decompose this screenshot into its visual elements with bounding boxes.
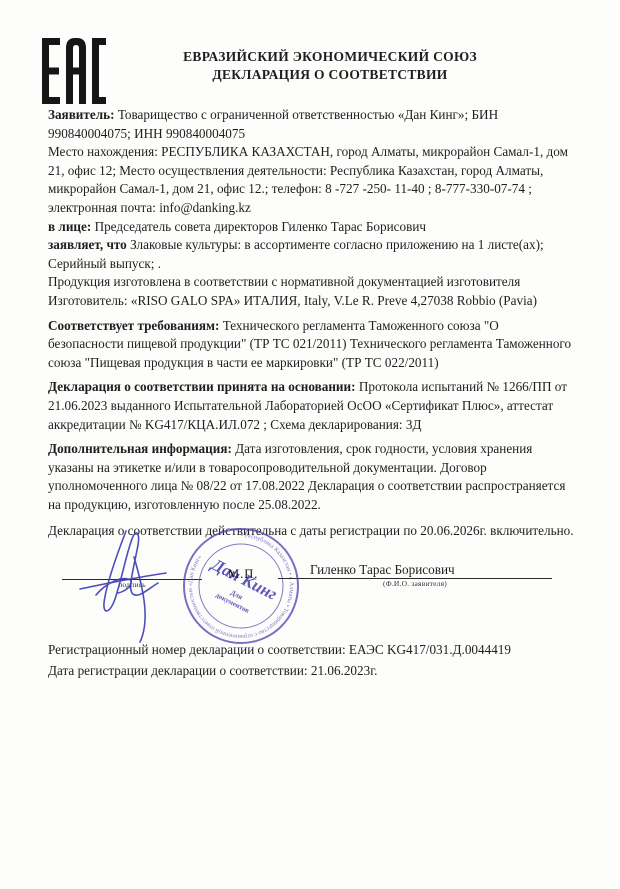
declares-label: заявляет, что <box>48 237 127 252</box>
compliance-paragraph: Соответствует требованиям: Технического … <box>48 317 575 373</box>
header-declaration-title: ДЕКЛАРАЦИЯ О СООТВЕТСТВИИ <box>40 66 620 84</box>
compliance-label: Соответствует требованиям: <box>48 318 219 333</box>
applicant-name-caption: (Ф.И.О. заявителя) <box>278 579 552 589</box>
signature-area: • Республика Казахстан • г. Алматы • Тов… <box>48 543 575 635</box>
basis-label: Декларация о соответствии принята на осн… <box>48 379 356 394</box>
document-body: Заявитель: Товарищество с ограниченной о… <box>0 106 620 635</box>
representative-label: в лице: <box>48 219 91 234</box>
signature-scrawl <box>68 523 238 653</box>
applicant-text: Товарищество с ограниченной ответственно… <box>48 107 498 141</box>
representative-text: Председатель совета директоров Гиленко Т… <box>91 219 426 234</box>
declares-paragraph: заявляет, что Злаковые культуры: в ассор… <box>48 236 575 273</box>
applicant-label: Заявитель: <box>48 107 115 122</box>
header-union-title: ЕВРАЗИЙСКИЙ ЭКОНОМИЧЕСКИЙ СОЮЗ <box>40 48 620 66</box>
mp-mark: М.П. <box>228 565 258 584</box>
declaration-document: ЕВРАЗИЙСКИЙ ЭКОНОМИЧЕСКИЙ СОЮЗ ДЕКЛАРАЦИ… <box>0 0 620 889</box>
applicant-name-block: Гиленко Тарас Борисович (Ф.И.О. заявител… <box>278 561 552 589</box>
basis-paragraph: Декларация о соответствии принята на осн… <box>48 378 575 434</box>
manufacturer-line: Изготовитель: «RISO GALO SPA» ИТАЛИЯ, It… <box>48 292 575 311</box>
applicant-paragraph: Заявитель: Товарищество с ограниченной о… <box>48 106 575 143</box>
additional-info-label: Дополнительная информация: <box>48 441 232 456</box>
address-paragraph: Место нахождения: РЕСПУБЛИКА КАЗАХСТАН, … <box>48 143 575 217</box>
registration-date-line: Дата регистрации декларации о соответств… <box>48 660 575 681</box>
eac-logo-icon <box>42 38 106 104</box>
representative-paragraph: в лице: Председатель совета директоров Г… <box>48 218 575 237</box>
manufactured-line: Продукция изготовлена в соответствии с н… <box>48 273 575 292</box>
additional-info-paragraph: Дополнительная информация: Дата изготовл… <box>48 440 575 514</box>
applicant-name: Гиленко Тарас Борисович <box>278 561 552 578</box>
